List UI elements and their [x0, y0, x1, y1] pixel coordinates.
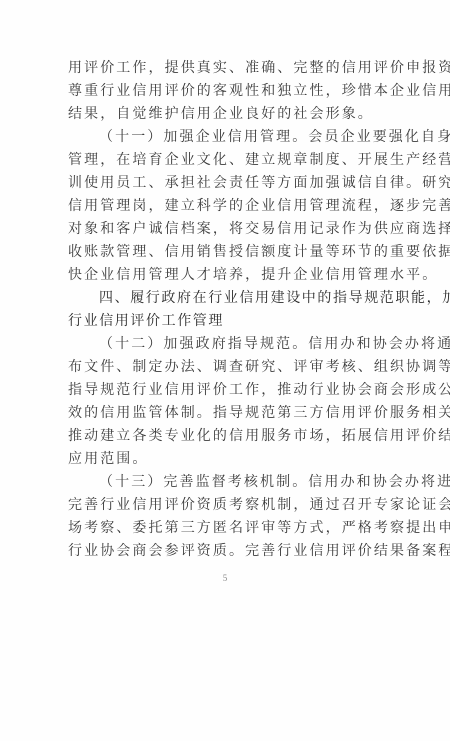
paragraph-line: 完善行业信用评价资质考察机制，通过召开专家论证会、现: [68, 494, 378, 517]
paragraph-line: 管理，在培育企业文化、建立规章制度、开展生产经营、培: [68, 149, 378, 172]
paragraph-line: 行业协会商会参评资质。完善行业信用评价结果备案程序，: [68, 540, 378, 563]
paragraph-line: 用评价工作，提供真实、准确、完整的信用评价申报资料。: [68, 57, 378, 80]
paragraph-line: 指导规范行业信用评价工作，推动行业协会商会形成公正有: [68, 379, 378, 402]
section-13-first-line: （十三）完善监督考核机制。信用办和协会办将进一步: [68, 471, 378, 494]
paragraph-line: 尊重行业信用评价的客观性和独立性，珍惜本企业信用评价: [68, 80, 378, 103]
page-number: 5: [217, 573, 233, 583]
paragraph-line: 布文件、制定办法、调查研究、评审考核、组织协调等方式，: [68, 356, 378, 379]
paragraph-line: 快企业信用管理人才培养，提升企业信用管理水平。: [68, 264, 378, 287]
document-page: 用评价工作，提供真实、准确、完整的信用评价申报资料。 尊重行业信用评价的客观性和…: [0, 0, 450, 741]
paragraph-line: 效的信用监管体制。指导规范第三方信用评价服务相关工作，: [68, 402, 378, 425]
section-heading-4: 四、履行政府在行业信用建设中的指导规范职能，加强: [68, 287, 378, 310]
paragraph-line: 场考察、委托第三方匿名评审等方式，严格考察提出申请的: [68, 517, 378, 540]
paragraph-line: 结果，自觉维护信用企业良好的社会形象。: [68, 103, 378, 126]
section-12-first-line: （十二）加强政府指导规范。信用办和协会办将通过发: [68, 333, 378, 356]
paragraph-line: 对象和客户诚信档案，将交易信用记录作为供应商选择、应: [68, 218, 378, 241]
paragraph-line: 训使用员工、承担社会责任等方面加强诚信自律。研究设立: [68, 172, 378, 195]
section-heading-4-cont: 行业信用评价工作管理: [68, 310, 378, 333]
paragraph-line: 推动建立各类专业化的信用服务市场，拓展信用评价结果的: [68, 425, 378, 448]
section-11-first-line: （十一）加强企业信用管理。会员企业要强化自身信用: [68, 126, 378, 149]
paragraph-line: 收账款管理、信用销售授信额度计量等环节的重要依据。加: [68, 241, 378, 264]
document-body: 用评价工作，提供真实、准确、完整的信用评价申报资料。 尊重行业信用评价的客观性和…: [68, 57, 378, 563]
paragraph-line: 信用管理岗，建立科学的企业信用管理流程，逐步完善交易: [68, 195, 378, 218]
paragraph-line: 应用范围。: [68, 448, 378, 471]
